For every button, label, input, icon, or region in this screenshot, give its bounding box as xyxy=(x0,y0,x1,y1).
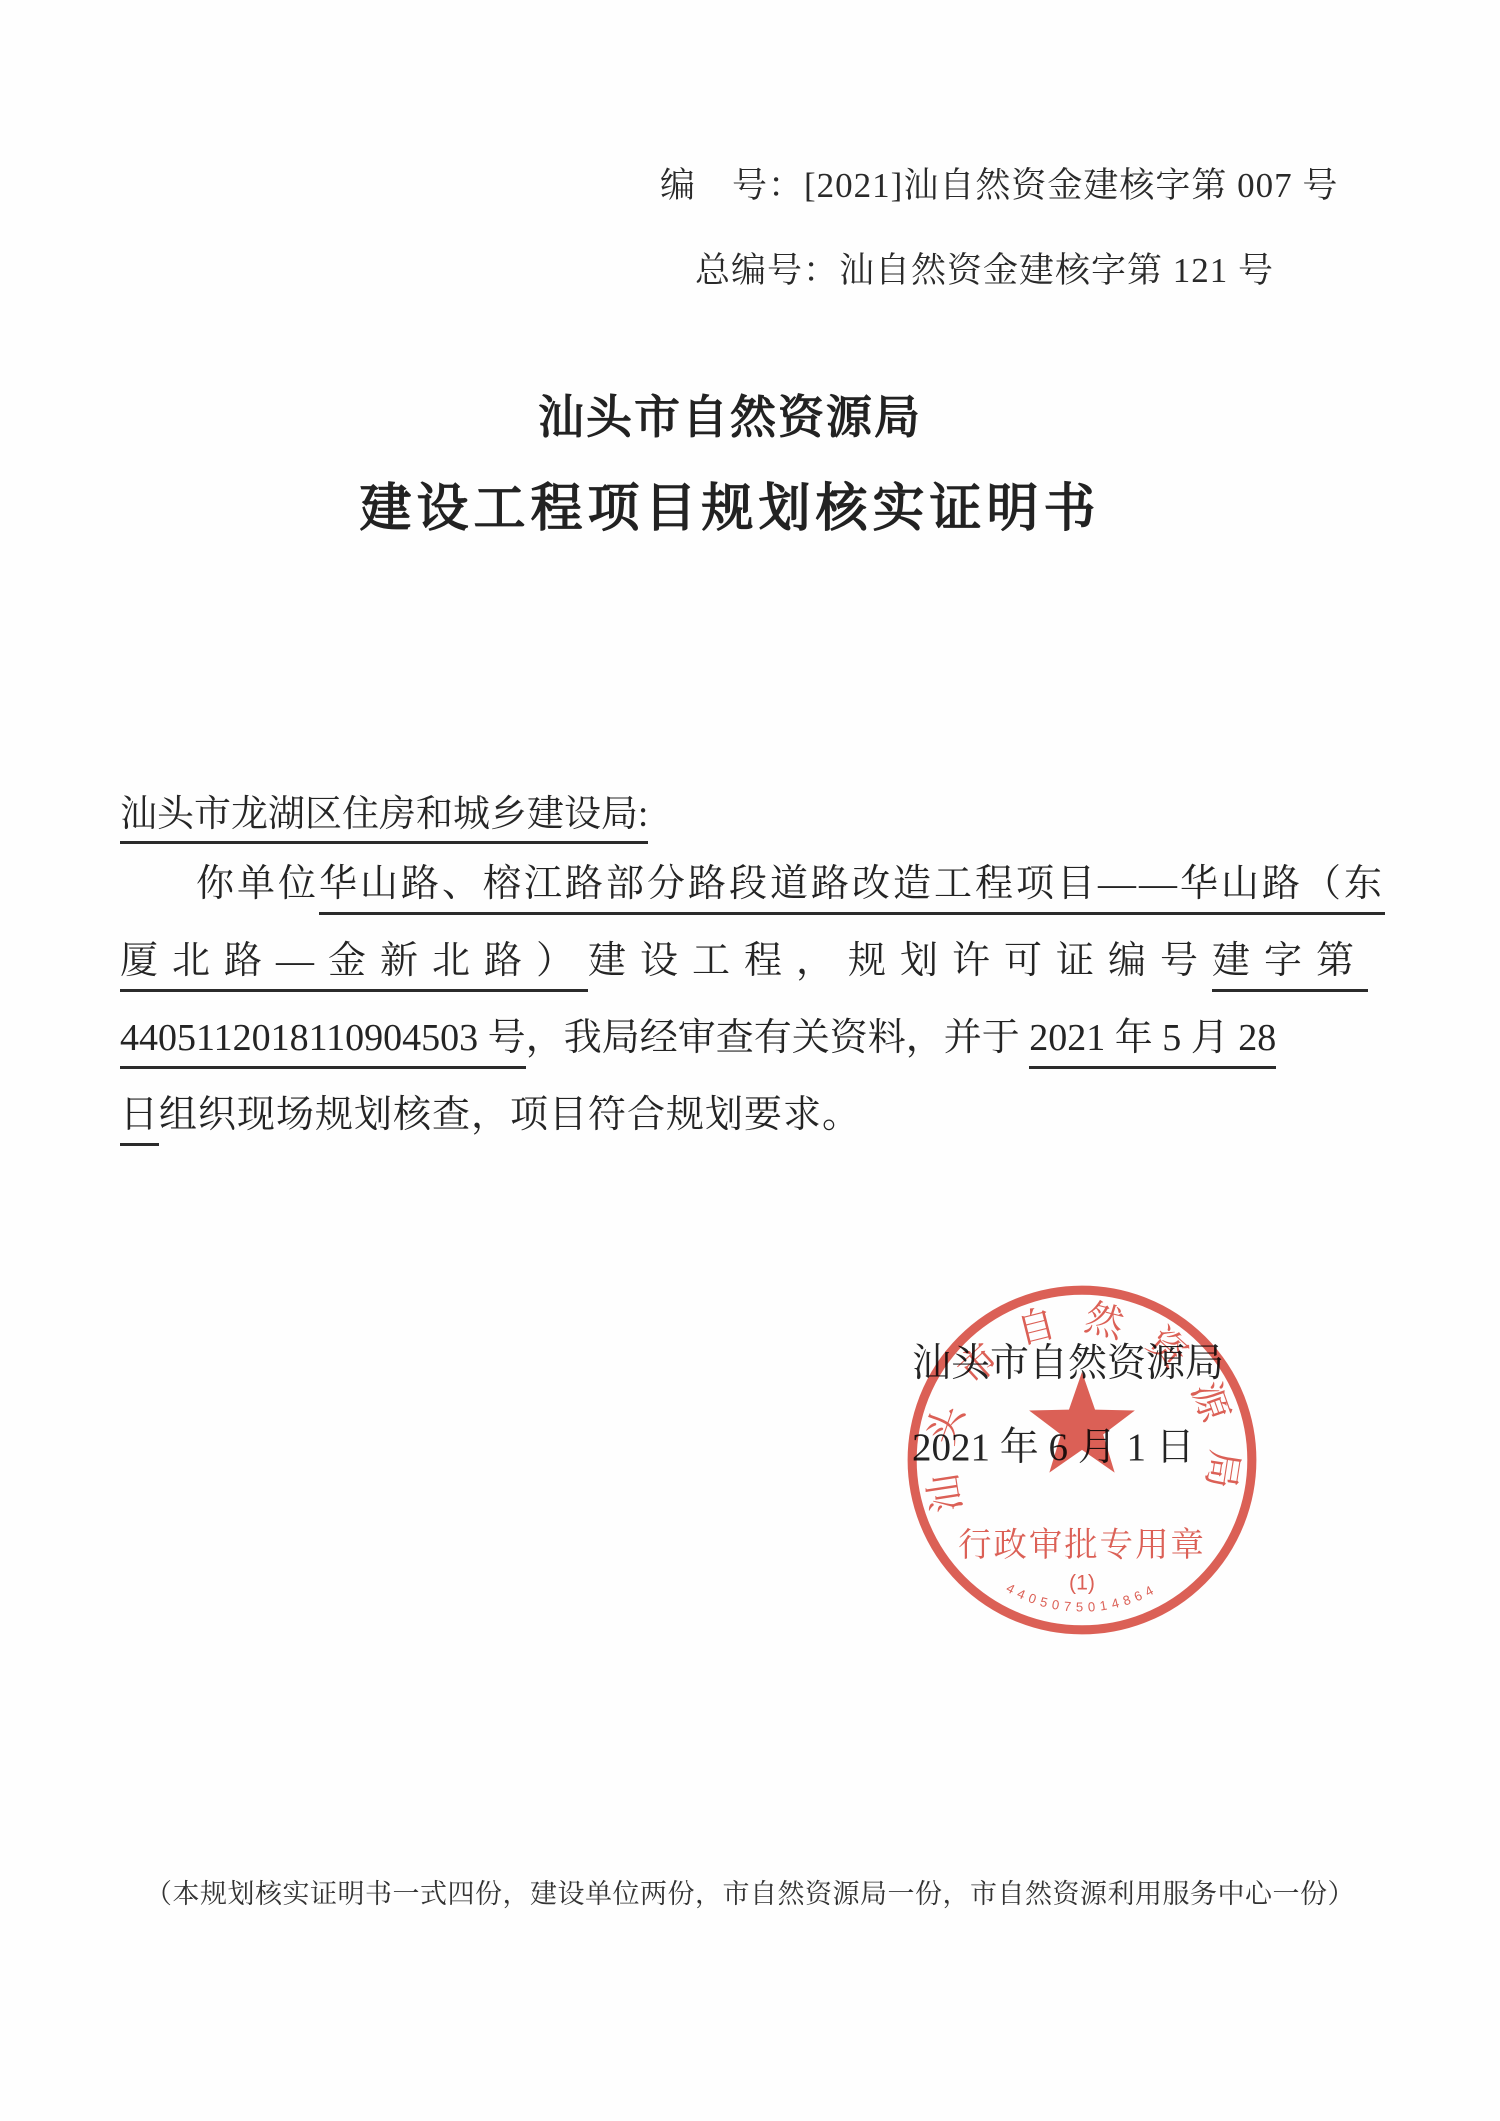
paragraph-line-2: 厦北路—金新北路）建设工程，规划许可证编号建字第 xyxy=(120,923,1396,1000)
paragraph-line-3: 4405112018110904503 号，我局经审查有关资料，并于 2021 … xyxy=(120,1000,1396,1077)
line2-permit-prefix: 建字第 xyxy=(1212,940,1368,992)
line3-middle-text: ，我局经审查有关资料，并于 xyxy=(526,1017,1030,1059)
master-serial-value: 汕自然资金建核字第 121 号 xyxy=(839,251,1274,290)
paragraph-line-1: 你单位华山路、榕江路部分路段道路改造工程项目——华山路（东 xyxy=(120,846,1396,923)
salutation-text: 汕头市龙湖区住房和城乡建设局: xyxy=(120,794,648,844)
line2-road-section: 厦北路—金新北路） xyxy=(120,940,588,992)
signature-date: 2021 年 6 月 1 日 xyxy=(912,1406,1224,1490)
document-title: 汕头市自然资源局 建设工程项目规划核实证明书 xyxy=(0,381,1460,541)
svg-text:4405075014864: 4405075014864 xyxy=(1004,1580,1160,1614)
salutation: 汕头市龙湖区住房和城乡建设局: xyxy=(120,783,648,837)
paragraph-line-4: 日组织现场规划核查，项目符合规划要求。 xyxy=(120,1077,1396,1154)
seal-copy-number: (1) xyxy=(1069,1571,1095,1594)
master-serial-line: 总编号：汕自然资金建核字第 121 号 xyxy=(695,243,1274,293)
footer-note: （本规划核实证明书一式四份，建设单位两份，市自然资源局一份，市自然资源利用服务中… xyxy=(0,1872,1500,1911)
serial-number-value: [2021]汕自然资金建核字第 007 号 xyxy=(804,166,1338,205)
line4-date-suffix: 日 xyxy=(120,1094,159,1146)
line2-middle-text: 建设工程，规划许可证编号 xyxy=(588,940,1212,982)
seal-banner-text: 行政审批专用章 xyxy=(958,1527,1206,1564)
line1-project-name: 华山路、榕江路部分路段道路改造工程项目——华山路（东 xyxy=(319,863,1385,915)
line1-prefix: 你单位 xyxy=(196,863,319,905)
line3-inspection-date: 2021 年 5 月 28 xyxy=(1029,1017,1276,1069)
signature-block: 汕头市自然资源局 2021 年 6 月 1 日 xyxy=(912,1322,1224,1490)
title-certificate-name: 建设工程项目规划核实证明书 xyxy=(0,466,1460,541)
master-serial-label: 总编号： xyxy=(695,251,839,290)
document-page: 编 号：[2021]汕自然资金建核字第 007 号 总编号：汕自然资金建核字第 … xyxy=(0,0,1500,2121)
body-paragraph: 你单位华山路、榕江路部分路段道路改造工程项目——华山路（东 厦北路—金新北路）建… xyxy=(120,846,1396,1154)
signature-agency: 汕头市自然资源局 xyxy=(912,1322,1224,1406)
serial-number-line: 编 号：[2021]汕自然资金建核字第 007 号 xyxy=(660,158,1338,208)
title-agency: 汕头市自然资源局 xyxy=(0,381,1460,466)
seal-code-text: 4405075014864 xyxy=(1004,1580,1160,1614)
line4-conclusion-text: 组织现场规划核查，项目符合规划要求。 xyxy=(159,1094,861,1136)
serial-number-label: 编 号： xyxy=(660,166,804,205)
line3-permit-number: 4405112018110904503 号 xyxy=(120,1017,526,1069)
